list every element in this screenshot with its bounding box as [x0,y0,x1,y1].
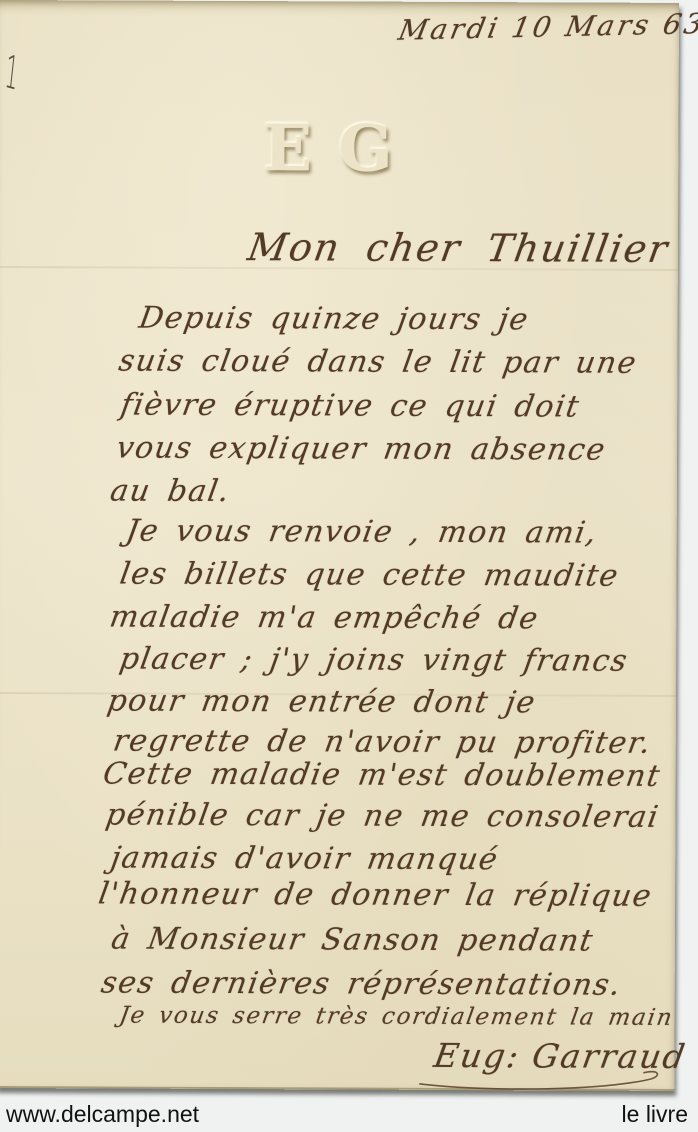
letter-line: Depuis quinze jours je [137,301,532,338]
monogram-letter-g: G [338,117,393,181]
letter-line: les billets que cette maudite [117,557,621,594]
letter-line: l'honneur de donner la réplique [96,876,655,913]
letter-line: jamais d'avoir manqué [108,841,501,878]
pencil-annotation-mark: 1 [3,48,21,97]
watermark-le-livre: le livre [622,1101,688,1128]
embossed-monogram: E G [263,117,393,182]
letter-line: fièvre éruptive ce qui doit [118,388,582,425]
letter-closing: Je vous serre très cordialement la main [118,1003,676,1031]
letter-line: Je vous renvoie , mon ami, [124,514,600,551]
letter-line: vous expliquer mon absence [114,431,609,468]
watermark-delcampe: www.delcampe.net [6,1101,199,1128]
letter-line: ses dernières réprésentations. [99,965,625,1002]
monogram-letter-e: E [263,117,312,181]
letter-paper: 1 Mardi 10 Mars 63 E G Mon cher Thuillie… [0,0,679,1091]
letter-line: maladie m'a empêché de [107,599,541,636]
letter-line: à Monsieur Sanson pendant [109,922,596,959]
letter-salutation: Mon cher Thuillier [245,225,673,271]
letter-line: regrette de n'avoir pu profiter. [111,724,655,761]
letter-line: placer ; j'y joins vingt francs [117,642,631,679]
letter-line: pour mon entrée dont je [105,683,539,720]
letter-date: Mardi 10 Mars 63 [396,7,698,47]
letter-line: pénible car je ne me consolerai [103,797,661,834]
scanned-letter-page: { "colors":{ "paper":"#ece4cb", "ink":"#… [0,0,698,1132]
signature-flourish [415,1066,665,1093]
letter-line: suis cloué dans le lit par une [116,344,639,381]
letter-line: au bal. [108,473,233,508]
letter-line: Cette maladie m'est doublement [101,756,664,793]
